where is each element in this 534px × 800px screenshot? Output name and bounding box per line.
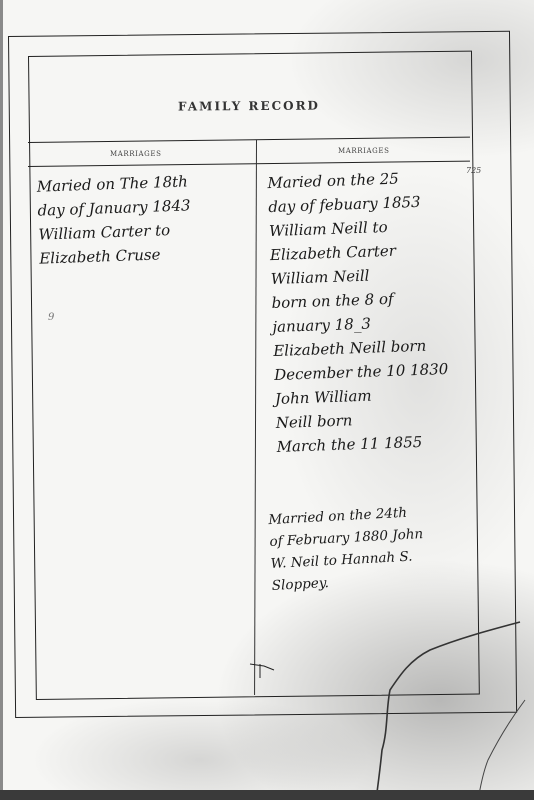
marriage-entry-carter-cruse: Maried on The 18th day of January 1843 W…	[36, 169, 192, 270]
column-header-right: MARRIAGES	[338, 147, 389, 155]
page-title: FAMILY RECORD	[178, 98, 338, 113]
pen-mark	[248, 660, 280, 680]
paper-crack	[320, 620, 530, 800]
scan-bottom-edge	[0, 790, 534, 800]
scanned-page: FAMILY RECORD MARRIAGES MARRIAGES 725 9 …	[0, 0, 534, 800]
marriage-entry-neil-sloppey: Married on the 24th of February 1880 Joh…	[268, 501, 426, 597]
scan-edge	[0, 0, 3, 800]
marriage-entry-neill-carter: Maried on the 25 day of febuary 1853 Wil…	[267, 165, 451, 459]
marginal-mark: 9	[48, 312, 54, 323]
marginal-number: 725	[466, 166, 481, 175]
column-header-left: MARRIAGES	[110, 150, 161, 158]
